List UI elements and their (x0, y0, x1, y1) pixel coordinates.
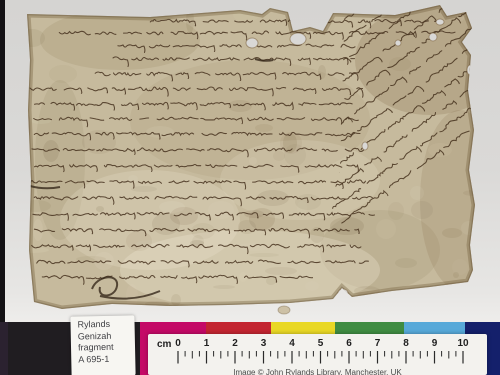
measurement-ruler: cm 012345678910 Image © John Rylands Lib… (148, 334, 487, 375)
ruler-number-5: 5 (318, 338, 324, 349)
label-line-4: A 695-1 (78, 353, 135, 366)
ruler-number-4: 4 (289, 338, 295, 349)
ruler-number-8: 8 (403, 338, 409, 349)
ruler-number-1: 1 (204, 338, 210, 349)
manuscript-fragment (0, 0, 500, 335)
specimen-label: Rylands Genizah fragment A 695-1 (70, 315, 135, 375)
color-patch-dark-purple (0, 322, 8, 375)
ruler-number-2: 2 (232, 338, 238, 349)
ruler-unit-label: cm (157, 339, 171, 350)
ruler-number-6: 6 (346, 338, 352, 349)
ruler-number-9: 9 (432, 338, 438, 349)
paper-chip (278, 306, 290, 314)
ruler-number-7: 7 (375, 338, 381, 349)
ruler-number-0: 0 (175, 338, 181, 349)
ruler-number-10: 10 (457, 338, 468, 349)
photograph: Rylands Genizah fragment A 695-1 cm 0123… (0, 0, 500, 375)
copyright-text: Image © John Rylands Library, Manchester… (148, 368, 487, 375)
ruler-number-3: 3 (261, 338, 267, 349)
